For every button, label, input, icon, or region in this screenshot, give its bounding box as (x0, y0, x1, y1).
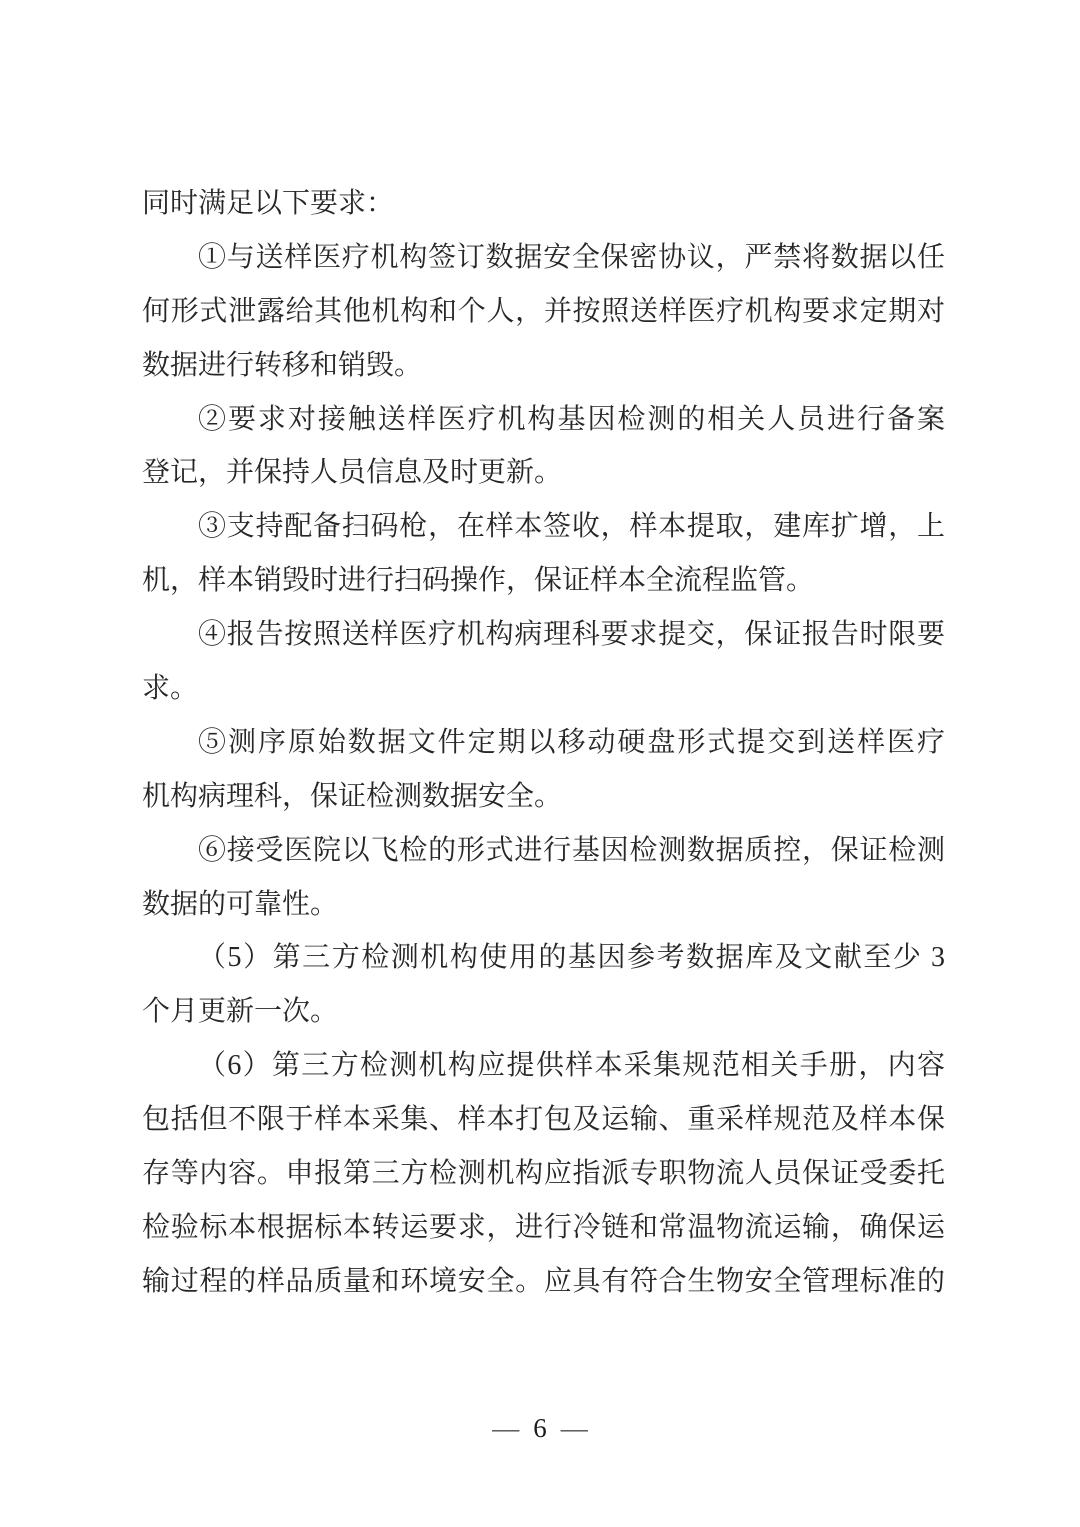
text-line: 机构病理科，保证检测数据安全。 (142, 770, 945, 824)
text-line: 机，样本销毁时进行扫码操作，保证样本全流程监管。 (142, 554, 945, 608)
text-line: ④报告按照送样医疗机构病理科要求提交，保证报告时限要 (142, 608, 945, 662)
text-line: 数据进行转移和销毁。 (142, 339, 945, 393)
document-page: 同时满足以下要求：①与送样医疗机构签订数据安全保密协议，严禁将数据以任何形式泄露… (0, 0, 1080, 1527)
text-line: 同时满足以下要求： (142, 177, 945, 231)
footer-dash-right: — (561, 1413, 588, 1443)
text-line: 包括但不限于样本采集、样本打包及运输、重采样规范及样本保 (142, 1093, 945, 1147)
text-line: 求。 (142, 662, 945, 716)
text-line: 检验标本根据标本转运要求，进行冷链和常温物流运输，确保运 (142, 1201, 945, 1255)
text-line: ⑤测序原始数据文件定期以移动硬盘形式提交到送样医疗 (142, 716, 945, 770)
text-line: 数据的可靠性。 (142, 878, 945, 932)
text-line: （5）第三方检测机构使用的基因参考数据库及文献至少 3 (142, 931, 945, 985)
text-line: ⑥接受医院以飞检的形式进行基因检测数据质控，保证检测 (142, 824, 945, 878)
text-line: 存等内容。申报第三方检测机构应指派专职物流人员保证受委托 (142, 1147, 945, 1201)
text-line: （6）第三方检测机构应提供样本采集规范相关手册，内容 (142, 1039, 945, 1093)
text-line: ③支持配备扫码枪，在样本签收，样本提取，建库扩增，上 (142, 500, 945, 554)
text-line: 登记，并保持人员信息及时更新。 (142, 446, 945, 500)
text-line: 输过程的样品质量和环境安全。应具有符合生物安全管理标准的 (142, 1255, 945, 1309)
text-line: 个月更新一次。 (142, 985, 945, 1039)
document-body: 同时满足以下要求：①与送样医疗机构签订数据安全保密协议，严禁将数据以任何形式泄露… (142, 177, 945, 1309)
footer-dash-left: — (492, 1413, 519, 1443)
page-number: 6 (533, 1410, 547, 1446)
text-line: 何形式泄露给其他机构和个人，并按照送样医疗机构要求定期对 (142, 285, 945, 339)
text-line: ②要求对接触送样医疗机构基因检测的相关人员进行备案 (142, 393, 945, 447)
text-line: ①与送样医疗机构签订数据安全保密协议，严禁将数据以任 (142, 231, 945, 285)
page-footer: —6— (0, 1410, 1080, 1446)
